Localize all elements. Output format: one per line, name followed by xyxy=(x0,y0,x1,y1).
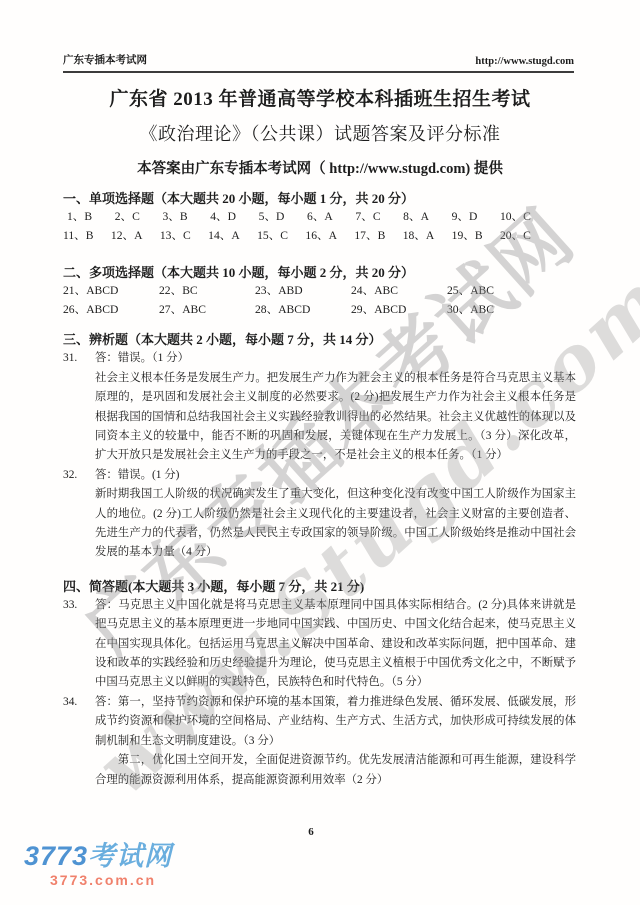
header-site-url: http://www.stugd.com xyxy=(475,56,574,67)
multi-choice-row-2: 26、ABCD 27、ABC 28、ABCD 29、ABCD 30、ABC xyxy=(63,301,576,320)
document-page: 广东专插本考试网 http://www.stugd.com 广东省 2013 年… xyxy=(0,0,640,905)
answer-item: 29、ABCD xyxy=(351,301,447,320)
section-short-answer-heading: 四、简答题(本大题共 3 小题，每小题 7 分，共 21 分) xyxy=(63,577,576,596)
section-analysis-heading: 三、辨析题（本大题共 2 小题，每小题 7 分，共 14 分） xyxy=(63,330,576,349)
answer-body: 答：马克思主义中国化就是将马克思主义基本原理同中国具体实际相结合。(2 分)具体… xyxy=(95,596,576,693)
answer-item: 15、C xyxy=(257,227,288,246)
answer-item: 4、D xyxy=(210,208,236,227)
question-33: 33. 答：马克思主义中国化就是将马克思主义基本原理同中国具体实际相结合。(2 … xyxy=(63,596,576,693)
question-number: 33. xyxy=(63,596,95,693)
site-logo: 3773考试网 3773.com.cn xyxy=(24,843,172,887)
answer-item: 17、B xyxy=(354,227,385,246)
section-single-choice-heading: 一、单项选择题（本大题共 20 小题，每小题 1 分，共 20 分） xyxy=(63,189,576,208)
question-answer: 答：错误。(1 分) 新时期我国工人阶级的状况确实发生了重大变化，但这种变化没有… xyxy=(95,466,576,563)
answer-item: 25、ABC xyxy=(447,282,543,301)
answer-body: 新时期我国工人阶级的状况确实发生了重大变化，但这种变化没有改变中国工人阶级作为国… xyxy=(95,485,576,563)
answer-item: 8、A xyxy=(403,208,429,227)
answer-item: 22、BC xyxy=(159,282,255,301)
multi-choice-row-1: 21、ABCD 22、BC 23、ABD 24、ABC 25、ABC xyxy=(63,282,576,301)
answer-item: 5、D xyxy=(259,208,285,227)
logo-number-text: 3773 xyxy=(24,841,88,871)
logo-wordmark: 3773考试网 xyxy=(24,843,172,870)
answer-item: 12、A xyxy=(111,227,143,246)
answer-item: 13、C xyxy=(160,227,191,246)
document-header: 广东专插本考试网 http://www.stugd.com xyxy=(63,52,574,73)
answer-item: 1、B xyxy=(67,208,92,227)
answer-item: 16、A xyxy=(305,227,337,246)
answer-item: 10、C xyxy=(500,208,531,227)
header-site-name: 广东专插本考试网 xyxy=(63,52,147,67)
answer-item: 9、D xyxy=(452,208,478,227)
answer-item: 6、A xyxy=(307,208,333,227)
question-number: 31. xyxy=(63,349,95,465)
answer-item: 21、ABCD xyxy=(63,282,159,301)
answer-body-para2: 第二，优化国土空间开发，全面促进资源节约。优先发展清洁能源和可再生能源，建设科学… xyxy=(95,751,576,790)
answer-item: 11、B xyxy=(63,227,94,246)
question-31: 31. 答：错误。（1 分） 社会主义根本任务是发展生产力。把发展生产力作为社会… xyxy=(63,349,576,465)
question-number: 32. xyxy=(63,466,95,563)
logo-domain-text: 3773.com.cn xyxy=(50,873,172,887)
answer-body-para1: 答：第一，坚持节约资源和保护环境的基本国策，着力推进绿色发展、循环发展、低碳发展… xyxy=(95,693,576,751)
answer-item: 7、C xyxy=(355,208,380,227)
answer-content: 一、单项选择题（本大题共 20 小题，每小题 1 分，共 20 分） 1、B 2… xyxy=(63,189,576,790)
answer-item: 3、B xyxy=(163,208,188,227)
exam-title: 广东省 2013 年普通高等学校本科插班生招生考试 xyxy=(0,84,640,111)
answer-item: 14、A xyxy=(208,227,240,246)
answer-verdict: 答：错误。(1 分) xyxy=(95,466,576,485)
answer-item: 19、B xyxy=(452,227,483,246)
answer-item: 2、C xyxy=(115,208,140,227)
answer-verdict: 答：错误。（1 分） xyxy=(95,349,576,368)
answer-body: 社会主义根本任务是发展生产力。把发展生产力作为社会主义的根本任务是符合马克思主义… xyxy=(95,369,576,466)
question-number: 34. xyxy=(63,693,95,790)
logo-chinese-text: 考试网 xyxy=(88,841,172,871)
answer-item: 27、ABC xyxy=(159,301,255,320)
answer-item: 28、ABCD xyxy=(255,301,351,320)
section-multi-choice-heading: 二、多项选择题（本大题共 10 小题，每小题 2 分，共 20 分） xyxy=(63,263,576,282)
answer-item: 30、ABC xyxy=(447,301,543,320)
answer-item: 18、A xyxy=(403,227,435,246)
exam-subtitle: 《政治理论》（公共课）试题答案及评分标准 xyxy=(0,120,640,146)
question-answer: 答：错误。（1 分） 社会主义根本任务是发展生产力。把发展生产力作为社会主义的根… xyxy=(95,349,576,465)
question-answer: 答：第一，坚持节约资源和保护环境的基本国策，着力推进绿色发展、循环发展、低碳发展… xyxy=(95,693,576,790)
question-34: 34. 答：第一，坚持节约资源和保护环境的基本国策，着力推进绿色发展、循环发展、… xyxy=(63,693,576,790)
page-number: 6 xyxy=(0,826,622,838)
question-answer: 答：马克思主义中国化就是将马克思主义基本原理同中国具体实际相结合。(2 分)具体… xyxy=(95,596,576,693)
answer-item: 24、ABC xyxy=(351,282,447,301)
answer-item: 23、ABD xyxy=(255,282,351,301)
answer-item: 20、C xyxy=(500,227,531,246)
single-choice-row-1: 1、B 2、C 3、B 4、D 5、D 6、A 7、C 8、A 9、D 10、C xyxy=(63,208,531,227)
provider-line: 本答案由广东专插本考试网（ http://www.stugd.com) 提供 xyxy=(0,157,640,178)
question-32: 32. 答：错误。(1 分) 新时期我国工人阶级的状况确实发生了重大变化，但这种… xyxy=(63,466,576,563)
single-choice-row-2: 11、B 12、A 13、C 14、A 15、C 16、A 17、B 18、A … xyxy=(63,227,531,246)
answer-item: 26、ABCD xyxy=(63,301,159,320)
